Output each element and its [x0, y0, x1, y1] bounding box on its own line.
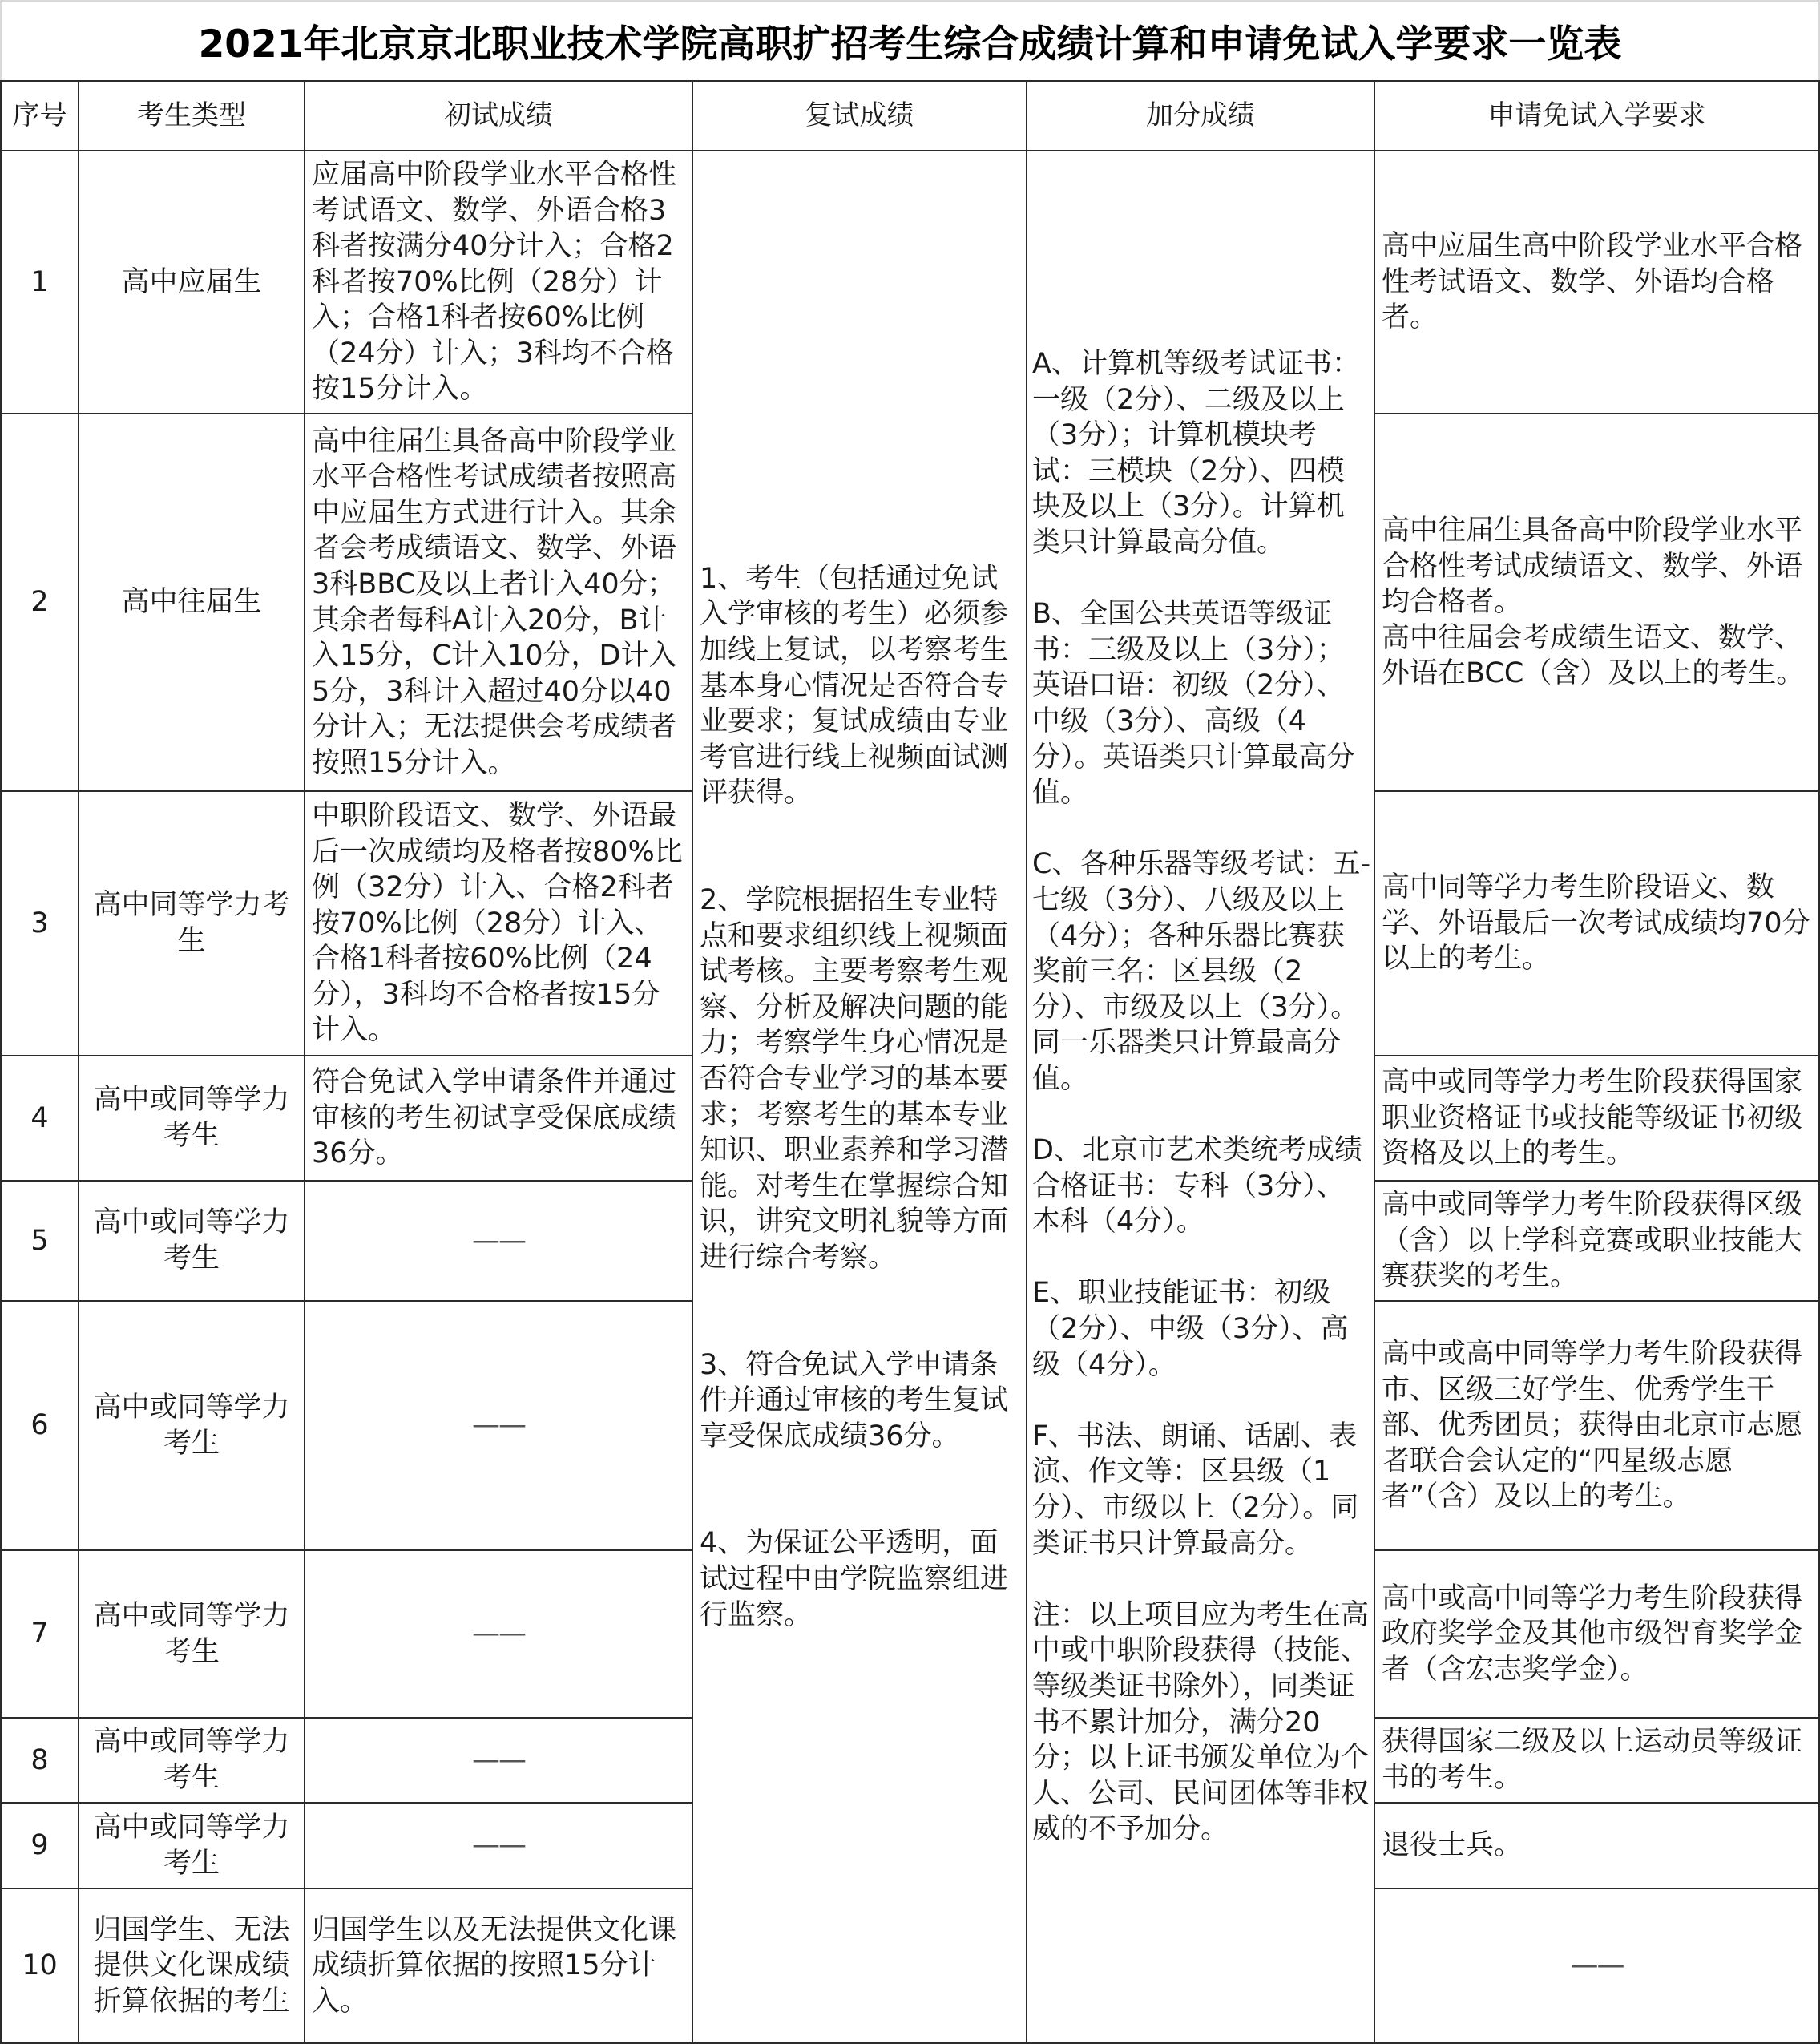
table-row-10-exempt: —— [1375, 1889, 1820, 2044]
table-row-2-exempt: 高中往届生具备高中阶段学业水平合格性考试成绩语文、数学、外语均合格者。 高中往届… [1375, 414, 1820, 792]
row-number: 3 [30, 906, 48, 942]
requirements-table: 序号 考生类型 初试成绩 复试成绩 加分成绩 申请免试入学要求 1、考生（包括通… [0, 80, 1820, 2044]
table-row-1-type: 高中应届生 [79, 151, 305, 414]
candidate-type: 高中或同等学力考生 [89, 1082, 294, 1153]
retest-rules: 1、考生（包括通过免试入学审核的考生）必须参加线上复试，以考察考生基本身心情况是… [700, 561, 1019, 1633]
table-row-4-initial: 符合免试入学申请条件并通过审核的考生初试享受保底成绩36分。 [305, 1056, 693, 1182]
initial-score-rule: 高中往届生具备高中阶段学业水平合格性考试成绩者按照高中应届生方式进行计入。其余者… [312, 424, 685, 782]
table-row-8-exempt: 获得国家二级及以上运动员等级证书的考生。 [1375, 1719, 1820, 1804]
page-title: 2021年北京京北职业技术学院高职扩招考生综合成绩计算和申请免试入学要求一览表 [0, 0, 1820, 80]
table-row-9-initial: —— [305, 1804, 693, 1889]
empty-dash: —— [1571, 1948, 1624, 1984]
retest-rule-3: 3、符合免试入学申请条件并通过审核的考生复试享受保底成绩36分。 [700, 1347, 1019, 1455]
table-row-1-exempt: 高中应届生高中阶段学业水平合格性考试语文、数学、外语均合格者。 [1375, 151, 1820, 414]
header-cell-no: 序号 [2, 82, 79, 151]
table-row-9-no: 9 [2, 1804, 79, 1889]
initial-score-rule: 应届高中阶段学业水平合格性考试语文、数学、外语合格3科者按满分40分计入；合格2… [312, 157, 685, 407]
retest-score-cell: 1、考生（包括通过免试入学审核的考生）必须参加线上复试，以考察考生基本身心情况是… [693, 151, 1027, 2044]
table-row-5-initial: —— [305, 1182, 693, 1302]
header-cell-initial-score: 初试成绩 [305, 82, 693, 151]
table-row-1-no: 1 [2, 151, 79, 414]
bonus-rule-c: C、各种乐器等级考试：五-七级（3分）、八级及以上（4分）；各种乐器比赛获奖前三… [1032, 846, 1372, 1097]
row-number: 7 [30, 1616, 48, 1652]
header-label-bonus-score: 加分成绩 [1146, 98, 1255, 134]
exemption-requirement: 高中或高中同等学力考生阶段获得政府奖学金及其他市级智育奖学金者（含宏志奖学金）。 [1382, 1581, 1812, 1688]
header-label-exemption-requirements: 申请免试入学要求 [1488, 98, 1706, 134]
empty-dash: —— [472, 1223, 525, 1259]
table-row-3-initial: 中职阶段语文、数学、外语最后一次成绩均及格者按80%比例（32分）计入、合格2科… [305, 792, 693, 1056]
table-row-7-initial: —— [305, 1551, 693, 1719]
row-number: 1 [30, 265, 48, 301]
table-row-9-exempt: 退役士兵。 [1375, 1804, 1820, 1889]
exemption-requirements: 高中往届生具备高中阶段学业水平合格性考试成绩语文、数学、外语均合格者。 高中往届… [1382, 513, 1812, 692]
row-number: 2 [30, 584, 48, 620]
table-row-6-no: 6 [2, 1302, 79, 1551]
table-row-4-exempt: 高中或同等学力考生阶段获得国家职业资格证书或技能等级证书初级资格及以上的考生。 [1375, 1056, 1820, 1182]
header-label-initial-score: 初试成绩 [444, 98, 553, 134]
table-row-3-type: 高中同等学力考生 [79, 792, 305, 1056]
empty-dash: —— [472, 1616, 525, 1652]
row-number: 9 [30, 1828, 48, 1864]
retest-rule-1: 1、考生（包括通过免试入学审核的考生）必须参加线上复试，以考察考生基本身心情况是… [700, 561, 1019, 811]
header-label-candidate-type: 考生类型 [137, 98, 246, 134]
candidate-type: 高中或同等学力考生 [89, 1810, 294, 1881]
header-label-retest-score: 复试成绩 [805, 98, 914, 134]
table-row-4-no: 4 [2, 1056, 79, 1182]
header-label-no: 序号 [13, 98, 67, 134]
table-row-1-initial: 应届高中阶段学业水平合格性考试语文、数学、外语合格3科者按满分40分计入；合格2… [305, 151, 693, 414]
row-number: 6 [30, 1408, 48, 1444]
exemption-requirement: 退役士兵。 [1382, 1828, 1812, 1864]
table-row-2-type: 高中往届生 [79, 414, 305, 792]
candidate-type: 高中应届生 [89, 265, 294, 301]
initial-score-rule: 符合免试入学申请条件并通过审核的考生初试享受保底成绩36分。 [312, 1064, 685, 1172]
bonus-rules: A、计算机等级考试证书：一级（2分）、二级及以上（3分）；计算机模块考试：三模块… [1032, 346, 1372, 1848]
exemption-requirement: 高中或同等学力考生阶段获得区级（含）以上学科竞赛或职业技能大赛获奖的考生。 [1382, 1187, 1812, 1295]
bonus-rule-d: D、北京市艺术类统考成绩合格证书：专科（3分）、本科（4分）。 [1032, 1133, 1372, 1240]
exemption-requirement: 高中应届生高中阶段学业水平合格性考试语文、数学、外语均合格者。 [1382, 228, 1812, 336]
table-row-7-exempt: 高中或高中同等学力考生阶段获得政府奖学金及其他市级智育奖学金者（含宏志奖学金）。 [1375, 1551, 1820, 1719]
table-row-8-type: 高中或同等学力考生 [79, 1719, 305, 1804]
table-row-2-no: 2 [2, 414, 79, 792]
header-cell-bonus-score: 加分成绩 [1027, 82, 1375, 151]
table-row-7-no: 7 [2, 1551, 79, 1719]
exemption-requirement: 高中往届生具备高中阶段学业水平合格性考试成绩语文、数学、外语均合格者。 [1382, 513, 1812, 620]
table-row-5-exempt: 高中或同等学力考生阶段获得区级（含）以上学科竞赛或职业技能大赛获奖的考生。 [1375, 1182, 1820, 1302]
row-number: 4 [30, 1101, 48, 1137]
table-row-2-initial: 高中往届生具备高中阶段学业水平合格性考试成绩者按照高中应届生方式进行计入。其余者… [305, 414, 693, 792]
exemption-requirement: 高中同等学力考生阶段语文、数学、外语最后一次考试成绩均70分以上的考生。 [1382, 870, 1812, 977]
table-row-6-initial: —— [305, 1302, 693, 1551]
header-cell-candidate-type: 考生类型 [79, 82, 305, 151]
table-row-3-no: 3 [2, 792, 79, 1056]
bonus-rule-a: A、计算机等级考试证书：一级（2分）、二级及以上（3分）；计算机模块考试：三模块… [1032, 346, 1372, 561]
exemption-requirement: 高中或高中同等学力考生阶段获得市、区级三好学生、优秀学生干部、优秀团员；获得由北… [1382, 1336, 1812, 1515]
table-row-3-exempt: 高中同等学力考生阶段语文、数学、外语最后一次考试成绩均70分以上的考生。 [1375, 792, 1820, 1056]
candidate-type: 高中或同等学力考生 [89, 1205, 294, 1276]
row-number: 10 [22, 1948, 58, 1984]
retest-rule-2: 2、学院根据招生专业特点和要求组织线上视频面试考核。主要考察考生观察、分析及解决… [700, 883, 1019, 1276]
header-cell-exemption-requirements: 申请免试入学要求 [1375, 82, 1820, 151]
exemption-requirement: 获得国家二级及以上运动员等级证书的考生。 [1382, 1724, 1812, 1796]
table-row-5-type: 高中或同等学力考生 [79, 1182, 305, 1302]
candidate-type: 高中或同等学力考生 [89, 1390, 294, 1461]
initial-score-rule: 归国学生以及无法提供文化课成绩折算依据的按照15分计入。 [312, 1913, 685, 2020]
row-number: 8 [30, 1743, 48, 1779]
bonus-score-cell: A、计算机等级考试证书：一级（2分）、二级及以上（3分）；计算机模块考试：三模块… [1027, 151, 1375, 2044]
empty-dash: —— [472, 1828, 525, 1864]
table-row-10-initial: 归国学生以及无法提供文化课成绩折算依据的按照15分计入。 [305, 1889, 693, 2044]
candidate-type: 高中往届生 [89, 584, 294, 620]
candidate-type: 高中或同等学力考生 [89, 1724, 294, 1796]
bonus-rule-f: F、书法、朗诵、话剧、表演、作文等：区县级（1分）、市级以上（2分）。同类证书只… [1032, 1419, 1372, 1561]
table-row-4-type: 高中或同等学力考生 [79, 1056, 305, 1182]
table-row-10-type: 归国学生、无法提供文化课成绩折算依据的考生 [79, 1889, 305, 2044]
candidate-type: 高中或同等学力考生 [89, 1598, 294, 1670]
exemption-requirement: 高中往届会考成绩生语文、数学、外语在BCC（含）及以上的考生。 [1382, 620, 1812, 692]
document-page: 2021年北京京北职业技术学院高职扩招考生综合成绩计算和申请免试入学要求一览表 … [0, 0, 1820, 2044]
table-row-5-no: 5 [2, 1182, 79, 1302]
table-row-9-type: 高中或同等学力考生 [79, 1804, 305, 1889]
retest-rule-4: 4、为保证公平透明，面试过程中由学院监察组进行监察。 [700, 1525, 1019, 1633]
table-row-6-type: 高中或同等学力考生 [79, 1302, 305, 1551]
bonus-rule-e: E、职业技能证书：初级（2分）、中级（3分）、高级（4分）。 [1032, 1275, 1372, 1383]
header-cell-retest-score: 复试成绩 [693, 82, 1027, 151]
bonus-rule-b: B、全国公共英语等级证书：三级及以上（3分）；英语口语：初级（2分）、中级（3分… [1032, 596, 1372, 811]
table-row-8-no: 8 [2, 1719, 79, 1804]
empty-dash: —— [472, 1743, 525, 1779]
table-row-7-type: 高中或同等学力考生 [79, 1551, 305, 1719]
table-row-10-no: 10 [2, 1889, 79, 2044]
exemption-requirement: 高中或同等学力考生阶段获得国家职业资格证书或技能等级证书初级资格及以上的考生。 [1382, 1064, 1812, 1172]
candidate-type: 归国学生、无法提供文化课成绩折算依据的考生 [89, 1913, 294, 2020]
table-row-8-initial: —— [305, 1719, 693, 1804]
row-number: 5 [30, 1223, 48, 1259]
empty-dash: —— [472, 1408, 525, 1444]
table-row-6-exempt: 高中或高中同等学力考生阶段获得市、区级三好学生、优秀学生干部、优秀团员；获得由北… [1375, 1302, 1820, 1551]
candidate-type: 高中同等学力考生 [89, 887, 294, 959]
bonus-rule-note: 注：以上项目应为考生在高中或中职阶段获得（技能、等级类证书除外），同类证书不累计… [1032, 1598, 1372, 1848]
initial-score-rule: 中职阶段语文、数学、外语最后一次成绩均及格者按80%比例（32分）计入、合格2科… [312, 798, 685, 1048]
